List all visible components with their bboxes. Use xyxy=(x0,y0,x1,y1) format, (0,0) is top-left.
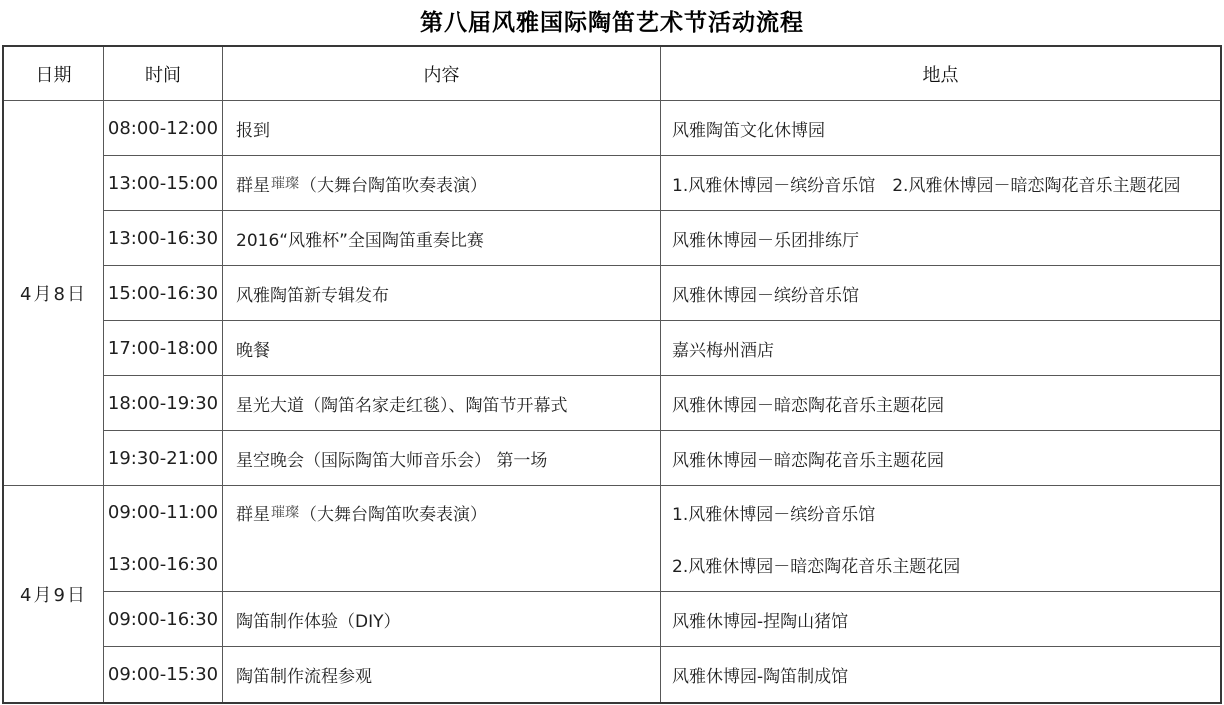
content-text-small: 璀璨 xyxy=(270,502,300,522)
location-line-1: 1.风雅休博园－缤纷音乐馆 xyxy=(661,486,1220,539)
time-cell: 15:00-16:30 xyxy=(104,266,223,321)
schedule-table: 日期 时间 内容 地点 4月8日 08:00-12:00 报到 风雅陶笛文化休博… xyxy=(2,45,1222,704)
content-text: （大舞台陶笛吹奏表演） xyxy=(300,500,487,525)
location-cell: 风雅休博园－暗恋陶花音乐主题花园 xyxy=(661,431,1220,486)
location-cell: 风雅休博园-陶笛制成馆 xyxy=(661,647,1220,702)
date-cell: 4月9日 xyxy=(4,486,104,702)
column-header-date: 日期 xyxy=(4,47,104,101)
content-cell: 陶笛制作体验（DIY） xyxy=(223,592,661,647)
location-cell-double: 1.风雅休博园－缤纷音乐馆 2.风雅休博园－暗恋陶花音乐主题花园 xyxy=(661,486,1220,592)
time-cell: 18:00-19:30 xyxy=(104,376,223,431)
content-cell: 风雅陶笛新专辑发布 xyxy=(223,266,661,321)
content-cell: 陶笛制作流程参观 xyxy=(223,647,661,702)
time-cell: 09:00-16:30 xyxy=(104,592,223,647)
time-cell: 13:00-15:00 xyxy=(104,156,223,211)
content-text: 群星 xyxy=(236,500,270,525)
column-header-time: 时间 xyxy=(104,47,223,101)
page-title: 第八届风雅国际陶笛艺术节活动流程 xyxy=(0,0,1224,40)
time-line-1: 09:00-11:00 xyxy=(104,486,222,539)
content-text: 群星 xyxy=(236,171,270,196)
time-cell-double: 09:00-11:00 13:00-16:30 xyxy=(104,486,223,592)
location-cell: 1.风雅休博园－缤纷音乐馆 2.风雅休博园－暗恋陶花音乐主题花园 xyxy=(661,156,1220,211)
time-cell: 17:00-18:00 xyxy=(104,321,223,376)
content-cell: 群星璀璨（大舞台陶笛吹奏表演） xyxy=(223,156,661,211)
column-header-content: 内容 xyxy=(223,47,661,101)
time-cell: 08:00-12:00 xyxy=(104,101,223,156)
content-cell: 2016“风雅杯”全国陶笛重奏比赛 xyxy=(223,211,661,266)
location-cell: 风雅休博园－乐团排练厅 xyxy=(661,211,1220,266)
content-cell: 报到 xyxy=(223,101,661,156)
content-cell: 星光大道（陶笛名家走红毯）、陶笛节开幕式 xyxy=(223,376,661,431)
date-cell: 4月8日 xyxy=(4,101,104,486)
location-cell: 风雅休博园－缤纷音乐馆 xyxy=(661,266,1220,321)
time-cell: 09:00-15:30 xyxy=(104,647,223,702)
content-text-small: 璀璨 xyxy=(270,173,300,193)
content-cell: 晚餐 xyxy=(223,321,661,376)
location-line-2: 2.风雅休博园－暗恋陶花音乐主题花园 xyxy=(661,539,1220,592)
location-cell: 风雅陶笛文化休博园 xyxy=(661,101,1220,156)
location-cell: 嘉兴梅州酒店 xyxy=(661,321,1220,376)
location-cell: 风雅休博园－暗恋陶花音乐主题花园 xyxy=(661,376,1220,431)
time-cell: 19:30-21:00 xyxy=(104,431,223,486)
content-cell: 星空晚会（国际陶笛大师音乐会） 第一场 xyxy=(223,431,661,486)
column-header-location: 地点 xyxy=(661,47,1220,101)
location-cell: 风雅休博园-捏陶山猪馆 xyxy=(661,592,1220,647)
time-cell: 13:00-16:30 xyxy=(104,211,223,266)
time-line-2: 13:00-16:30 xyxy=(104,539,222,592)
content-empty-line xyxy=(223,539,660,592)
content-cell: 群星璀璨（大舞台陶笛吹奏表演） xyxy=(223,486,661,592)
content-text: （大舞台陶笛吹奏表演） xyxy=(300,171,487,196)
content-text-line: 群星璀璨（大舞台陶笛吹奏表演） xyxy=(223,486,660,539)
